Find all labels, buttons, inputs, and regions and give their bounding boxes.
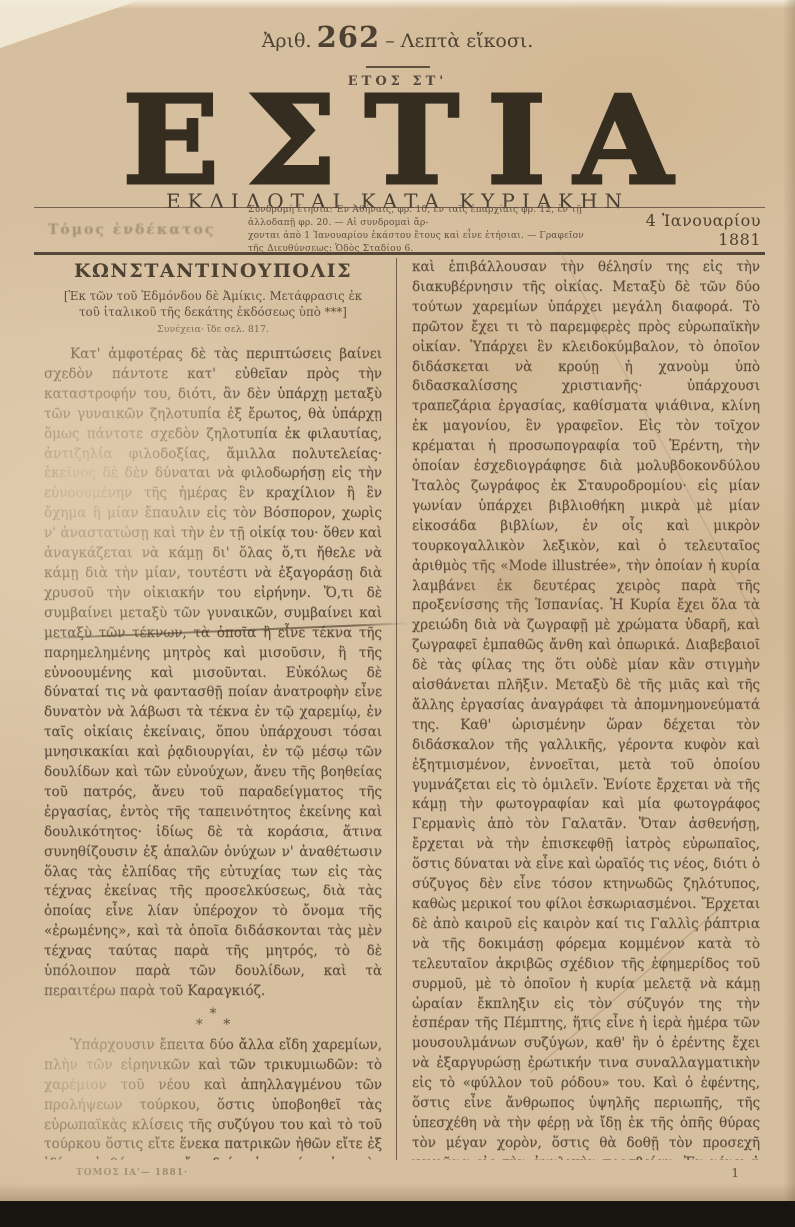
article-byline: [Ἐκ τῶν τοῦ Ἐδμόνδου δὲ Ἀμίκις. Μετάφρασ… bbox=[60, 289, 366, 320]
scan-bottom-edge bbox=[0, 1201, 795, 1227]
scan-bottom-shadow bbox=[0, 1183, 795, 1201]
article-paragraph: καὶ ἐπιβάλλουσαν τὴν θέλησίν της εἰς τὴν… bbox=[412, 258, 760, 1160]
newspaper-page-scan: Ἀριθ. 262 – Λεπτὰ εἴκοσι. ΕΤΟΣ ΣΤ' ΕΣΤΙΑ… bbox=[0, 0, 795, 1227]
issue-number: 262 bbox=[317, 20, 381, 54]
volume-note: Τόμος ἑνδέκατος bbox=[34, 222, 248, 238]
subscription-line-2: χονται ἀπὸ 1 Ἰανουαρίου ἑκάστου ἔτους κα… bbox=[248, 230, 601, 256]
asterism-divider: * * * bbox=[44, 1009, 382, 1031]
subscription-terms: Συνδρομὴ ἐτησία: Ἐν Ἀθήναις, φρ. 10, ἐν … bbox=[248, 204, 601, 256]
article-paragraph: Ὑπάρχουσιν ἔπειτα δύο ἄλλα εἴδη χαρεμίων… bbox=[44, 1036, 382, 1160]
masthead-title: ΕΣΤΙΑ bbox=[0, 84, 795, 196]
subscription-line-1: Συνδρομὴ ἐτησία: Ἐν Ἀθήναις, φρ. 10, ἐν … bbox=[248, 204, 601, 230]
issue-label: Ἀριθ. bbox=[262, 30, 312, 52]
left-column: ΚΩΝΣΤΑΝΤΙΝΟΥΠΟΛΙΣ [Ἐκ τῶν τοῦ Ἐδμόνδου δ… bbox=[44, 258, 396, 1160]
page-number: 1 bbox=[731, 1166, 739, 1180]
article-paragraph: Κατ' ἀμφοτέρας δὲ τὰς περιπτώσεις βαίνει… bbox=[44, 345, 382, 1002]
issue-date: 4 Ἰανουαρίου 1881 bbox=[601, 211, 765, 249]
volume-footer: ΤΟΜΟΣ ΙΑ'— 1881· bbox=[76, 1168, 188, 1178]
article-columns: ΚΩΝΣΤΑΝΤΙΝΟΥΠΟΛΙΣ [Ἐκ τῶν τοῦ Ἐδμόνδου δ… bbox=[44, 258, 760, 1160]
issue-price: – Λεπτὰ εἴκοσι. bbox=[385, 30, 533, 52]
scan-top-edge bbox=[0, 0, 795, 9]
subscription-info-bar: Τόμος ἑνδέκατος Συνδρομὴ ἐτησία: Ἐν Ἀθήν… bbox=[34, 207, 765, 255]
issue-price-line: Ἀριθ. 262 – Λεπτὰ εἴκοσι. bbox=[0, 20, 795, 54]
continuation-note: Συνέχεια· ἴδε σελ. 817. bbox=[44, 324, 382, 335]
right-column: καὶ ἐπιβάλλουσαν τὴν θέλησίν της εἰς τὴν… bbox=[396, 258, 760, 1160]
asterism-bottom: * * bbox=[44, 1020, 382, 1031]
article-title: ΚΩΝΣΤΑΝΤΙΝΟΥΠΟΛΙΣ bbox=[44, 260, 382, 282]
